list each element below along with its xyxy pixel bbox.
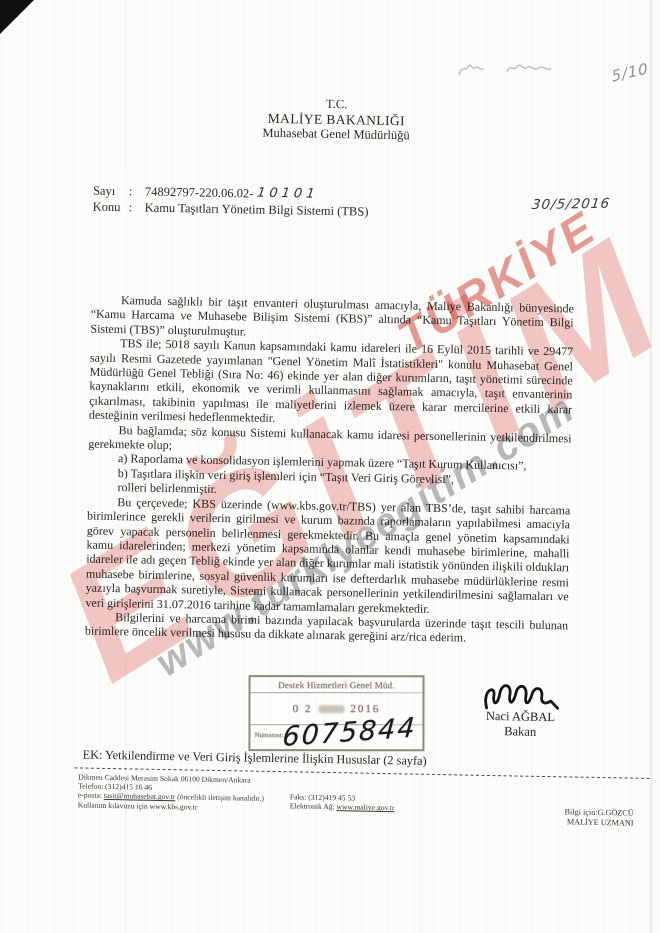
footer-contact-column: Bilgi için:G.GÖZCÜ MALİYE UZMANI (484, 780, 646, 829)
reference-block: Sayı : 74892797-220.06.02- 10101 Konu : … (93, 183, 369, 220)
letter-footer: Dikmen Caddesi Merasim Sokak 06100 Dikme… (78, 772, 647, 828)
body-paragraph: TBS ile; 5018 sayılı Kanun kapsamındaki … (89, 336, 574, 431)
signer-title: Bakan (455, 723, 585, 740)
footer-network-prefix: Elektronik Ağ: (290, 802, 337, 812)
body-paragraph: Bu çerçevede; KBS üzerinde (www.kbs.gov.… (85, 494, 570, 618)
footer-address-column: Dikmen Caddesi Merasim Sokak 06100 Dikme… (78, 772, 291, 822)
stamp-title: Destek Hizmetleri Genel Müd. (250, 677, 422, 693)
footer-fax-column: Faks: (312)419 45 53 Elektronik Ağ: www.… (289, 776, 485, 826)
footer-email-link: tasit@muhasebat.gov.tr (104, 791, 176, 801)
sayi-handwritten: 10101 (256, 186, 319, 203)
scan-corner-mark (0, 0, 34, 34)
sayi-value: 74892797-220.06.02- (145, 184, 254, 202)
stamp-number-label: Numarası: (254, 731, 283, 739)
minister-signature: Naci AĞBAL Bakan (455, 680, 586, 740)
stamp-date-year: 2016 (350, 703, 380, 715)
stamp-date-day: 0 2 (293, 703, 313, 715)
page-fraction-note: 5/10 (611, 59, 650, 85)
konu-value: Kamu Taşıtları Yönetim Bilgi Sistemi (TB… (145, 200, 369, 220)
stamp-date-smudge (318, 705, 344, 713)
sayi-label: Sayı (93, 183, 129, 200)
footer-contact-title: MALİYE UZMANI (484, 816, 633, 829)
konu-label: Konu (93, 199, 129, 216)
footer-network-link: www.maliye.gov.tr (337, 802, 395, 812)
scanned-letter-page: 5/10 T.C. MALİYE BAKANLIĞI Muhasebat Gen… (0, 0, 660, 933)
handwritten-date: 30/5/2016 (531, 196, 611, 213)
konu-colon: : (129, 199, 145, 215)
stamp-number-row: Numarası: 6075844 (250, 724, 422, 749)
registry-stamp: Destek Hizmetleri Genel Müd. 0 2 2016 Nu… (248, 675, 424, 751)
footer-email-prefix: e-posta: (78, 791, 104, 800)
sayi-colon: : (129, 183, 145, 199)
letter-body: Kamuda sağlıklı bir taşıt envanteri oluş… (85, 293, 574, 648)
letter-content: 5/10 T.C. MALİYE BAKANLIĞI Muhasebat Gen… (0, 0, 660, 933)
pencil-scribble (455, 56, 585, 86)
